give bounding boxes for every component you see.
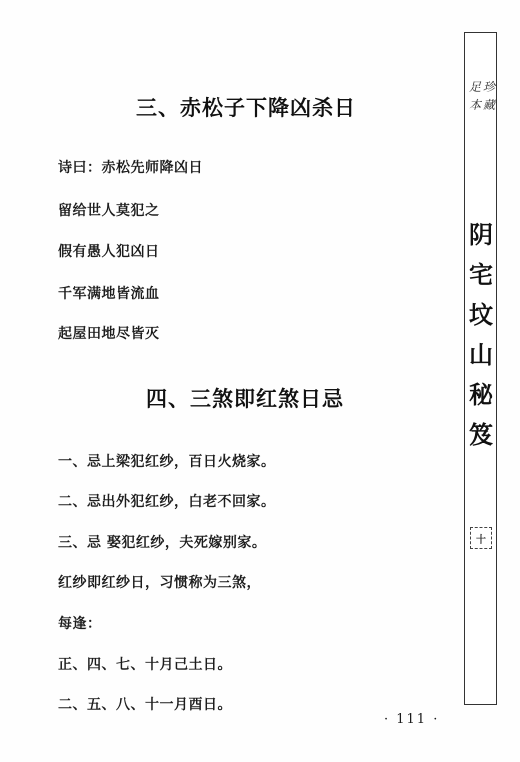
section-heading-4: 四、三煞即红煞日忌 bbox=[146, 383, 344, 413]
section-heading-3: 三、赤松子下降凶杀日 bbox=[136, 92, 356, 122]
seal-column-left: 足 本 bbox=[469, 78, 481, 114]
poem-line-2: 留给世人莫犯之 bbox=[58, 200, 160, 220]
page-number: · 111 · bbox=[384, 712, 439, 727]
collection-seal: 珍 藏 足 本 bbox=[468, 78, 496, 114]
rule-line-3: 三、忌 娶犯红纱，夫死嫁别家。 bbox=[58, 532, 266, 552]
title-char: 秘 bbox=[469, 375, 493, 415]
poem-line-5: 起屋田地尽皆灭 bbox=[58, 323, 160, 343]
seal-char: 藏 bbox=[483, 96, 495, 114]
seal-char: 足 bbox=[469, 78, 481, 96]
book-page: 三、赤松子下降凶杀日 诗曰：赤松先师降凶日 留给世人莫犯之 假有愚人犯凶日 千军… bbox=[0, 0, 520, 762]
book-title-vertical: 阴 宅 坟 山 秘 笈 bbox=[466, 215, 496, 455]
seal-char: 本 bbox=[469, 96, 481, 114]
rule-line-5: 每逢： bbox=[58, 613, 102, 633]
title-char: 山 bbox=[469, 335, 493, 375]
poem-line-4: 千军满地皆流血 bbox=[58, 283, 160, 303]
rule-line-4: 红纱即红纱日，习惯称为三煞， bbox=[58, 572, 261, 592]
title-char: 笈 bbox=[469, 415, 493, 455]
seal-column-right: 珍 藏 bbox=[483, 78, 495, 114]
poem-line-1: 诗曰：赤松先师降凶日 bbox=[58, 157, 203, 177]
rule-line-6: 正、四、七、十月己土日。 bbox=[58, 654, 232, 674]
stamp-char: 十 bbox=[476, 531, 486, 546]
title-char: 宅 bbox=[469, 255, 493, 295]
title-char: 阴 bbox=[469, 215, 493, 255]
rule-line-1: 一、忌上梁犯红纱，百日火烧家。 bbox=[58, 451, 276, 471]
rule-line-2: 二、忌出外犯红纱，白老不回家。 bbox=[58, 491, 276, 511]
seal-char: 珍 bbox=[483, 78, 495, 96]
rule-line-7: 二、五、八、十一月酉日。 bbox=[58, 694, 232, 714]
title-char: 坟 bbox=[469, 295, 493, 335]
stamp-icon: 十 bbox=[470, 527, 492, 549]
poem-line-3: 假有愚人犯凶日 bbox=[58, 241, 160, 261]
